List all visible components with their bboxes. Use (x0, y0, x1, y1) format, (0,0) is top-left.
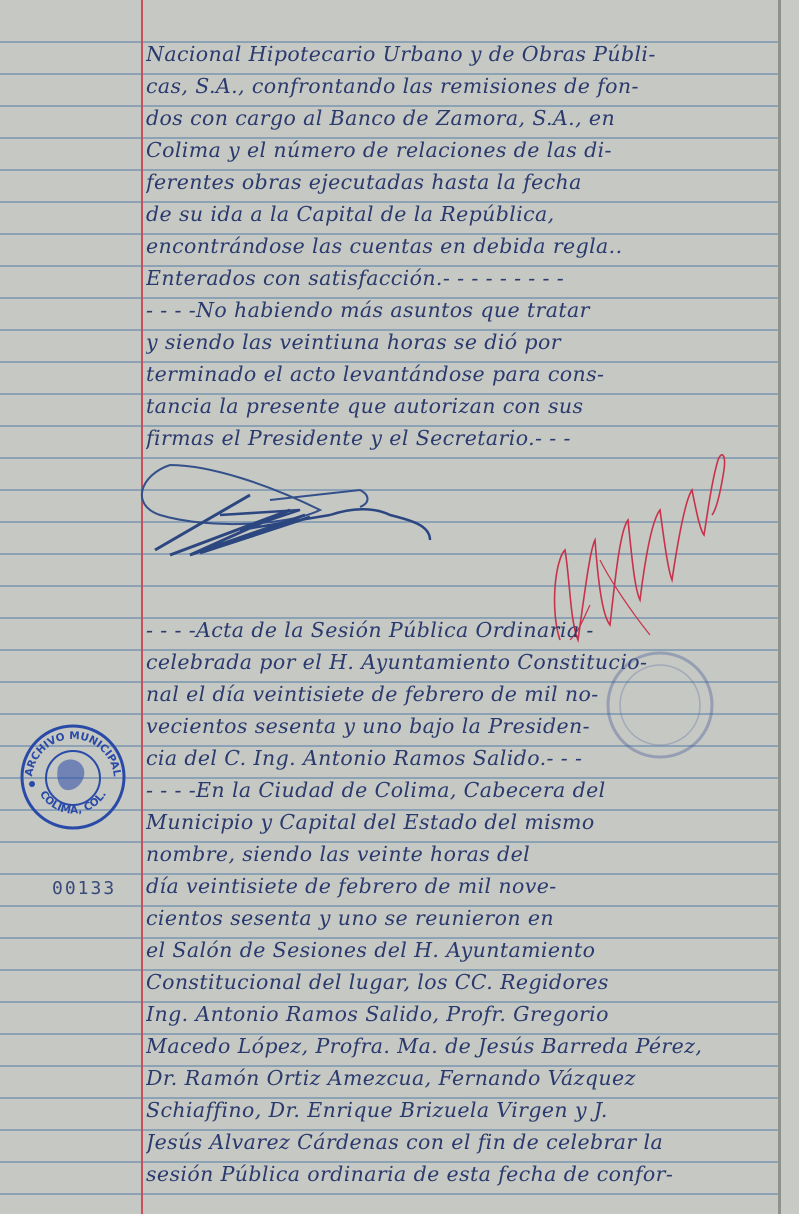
text-line: Macedo López, Profra. Ma. de Jesús Barre… (146, 1030, 776, 1062)
text-line: Constitucional del lugar, los CC. Regido… (146, 966, 776, 998)
text-line: sesión Pública ordinaria de esta fecha d… (146, 1158, 776, 1190)
text-line: Ing. Antonio Ramos Salido, Profr. Gregor… (146, 998, 776, 1030)
text-line: Municipio y Capital del Estado del mismo (146, 806, 776, 838)
text-line: Enterados con satisfacción.- - - - - - -… (146, 262, 776, 294)
text-line: tancia la presente que autorizan con sus (146, 390, 776, 422)
text-line: nombre, siendo las veinte horas del (146, 838, 776, 870)
text-line: Dr. Ramón Ortiz Amezcua, Fernando Vázque… (146, 1062, 776, 1094)
text-line: - - - -En la Ciudad de Colima, Cabecera … (146, 774, 776, 806)
text-line: Colima y el número de relaciones de las … (146, 134, 776, 166)
president-signature (130, 455, 470, 565)
text-line: - - - -Acta de la Sesión Pública Ordinar… (146, 614, 776, 646)
text-line: ferentes obras ejecutadas hasta la fecha (146, 166, 776, 198)
stamp-bottom-text: COLIMA, COL. (37, 789, 109, 817)
minutes-section-1: Nacional Hipotecario Urbano y de Obras P… (146, 38, 776, 454)
folio-number: 00133 (52, 878, 116, 899)
bleed-through-text (0, 0, 140, 40)
ledger-page: Nacional Hipotecario Urbano y de Obras P… (0, 0, 780, 1214)
text-line: el Salón de Sesiones del H. Ayuntamiento (146, 934, 776, 966)
red-margin-line (141, 0, 143, 1214)
text-line: y siendo las veintiuna horas se dió por (146, 326, 776, 358)
text-line: día veintisiete de febrero de mil nove- (146, 870, 776, 902)
text-line: cientos sesenta y uno se reunieron en (146, 902, 776, 934)
archivo-municipal-stamp: ARCHIVO MUNICIPAL COLIMA, COL. (18, 722, 128, 832)
svg-text:COLIMA, COL.: COLIMA, COL. (37, 789, 109, 817)
faint-seal-stamp (600, 645, 720, 765)
text-line: Schiaffino, Dr. Enrique Brizuela Virgen … (146, 1094, 776, 1126)
text-line: encontrándose las cuentas en debida regl… (146, 230, 776, 262)
text-line: terminado el acto levantándose para cons… (146, 358, 776, 390)
text-line: de su ida a la Capital de la República, (146, 198, 776, 230)
text-line: Jesús Alvarez Cárdenas con el fin de cel… (146, 1126, 776, 1158)
text-line: - - - -No habiendo más asuntos que trata… (146, 294, 776, 326)
text-line: dos con cargo al Banco de Zamora, S.A., … (146, 102, 776, 134)
text-line: cas, S.A., confrontando las remisiones d… (146, 70, 776, 102)
text-line: Nacional Hipotecario Urbano y de Obras P… (146, 38, 776, 70)
adjacent-page-edge (781, 0, 799, 1214)
